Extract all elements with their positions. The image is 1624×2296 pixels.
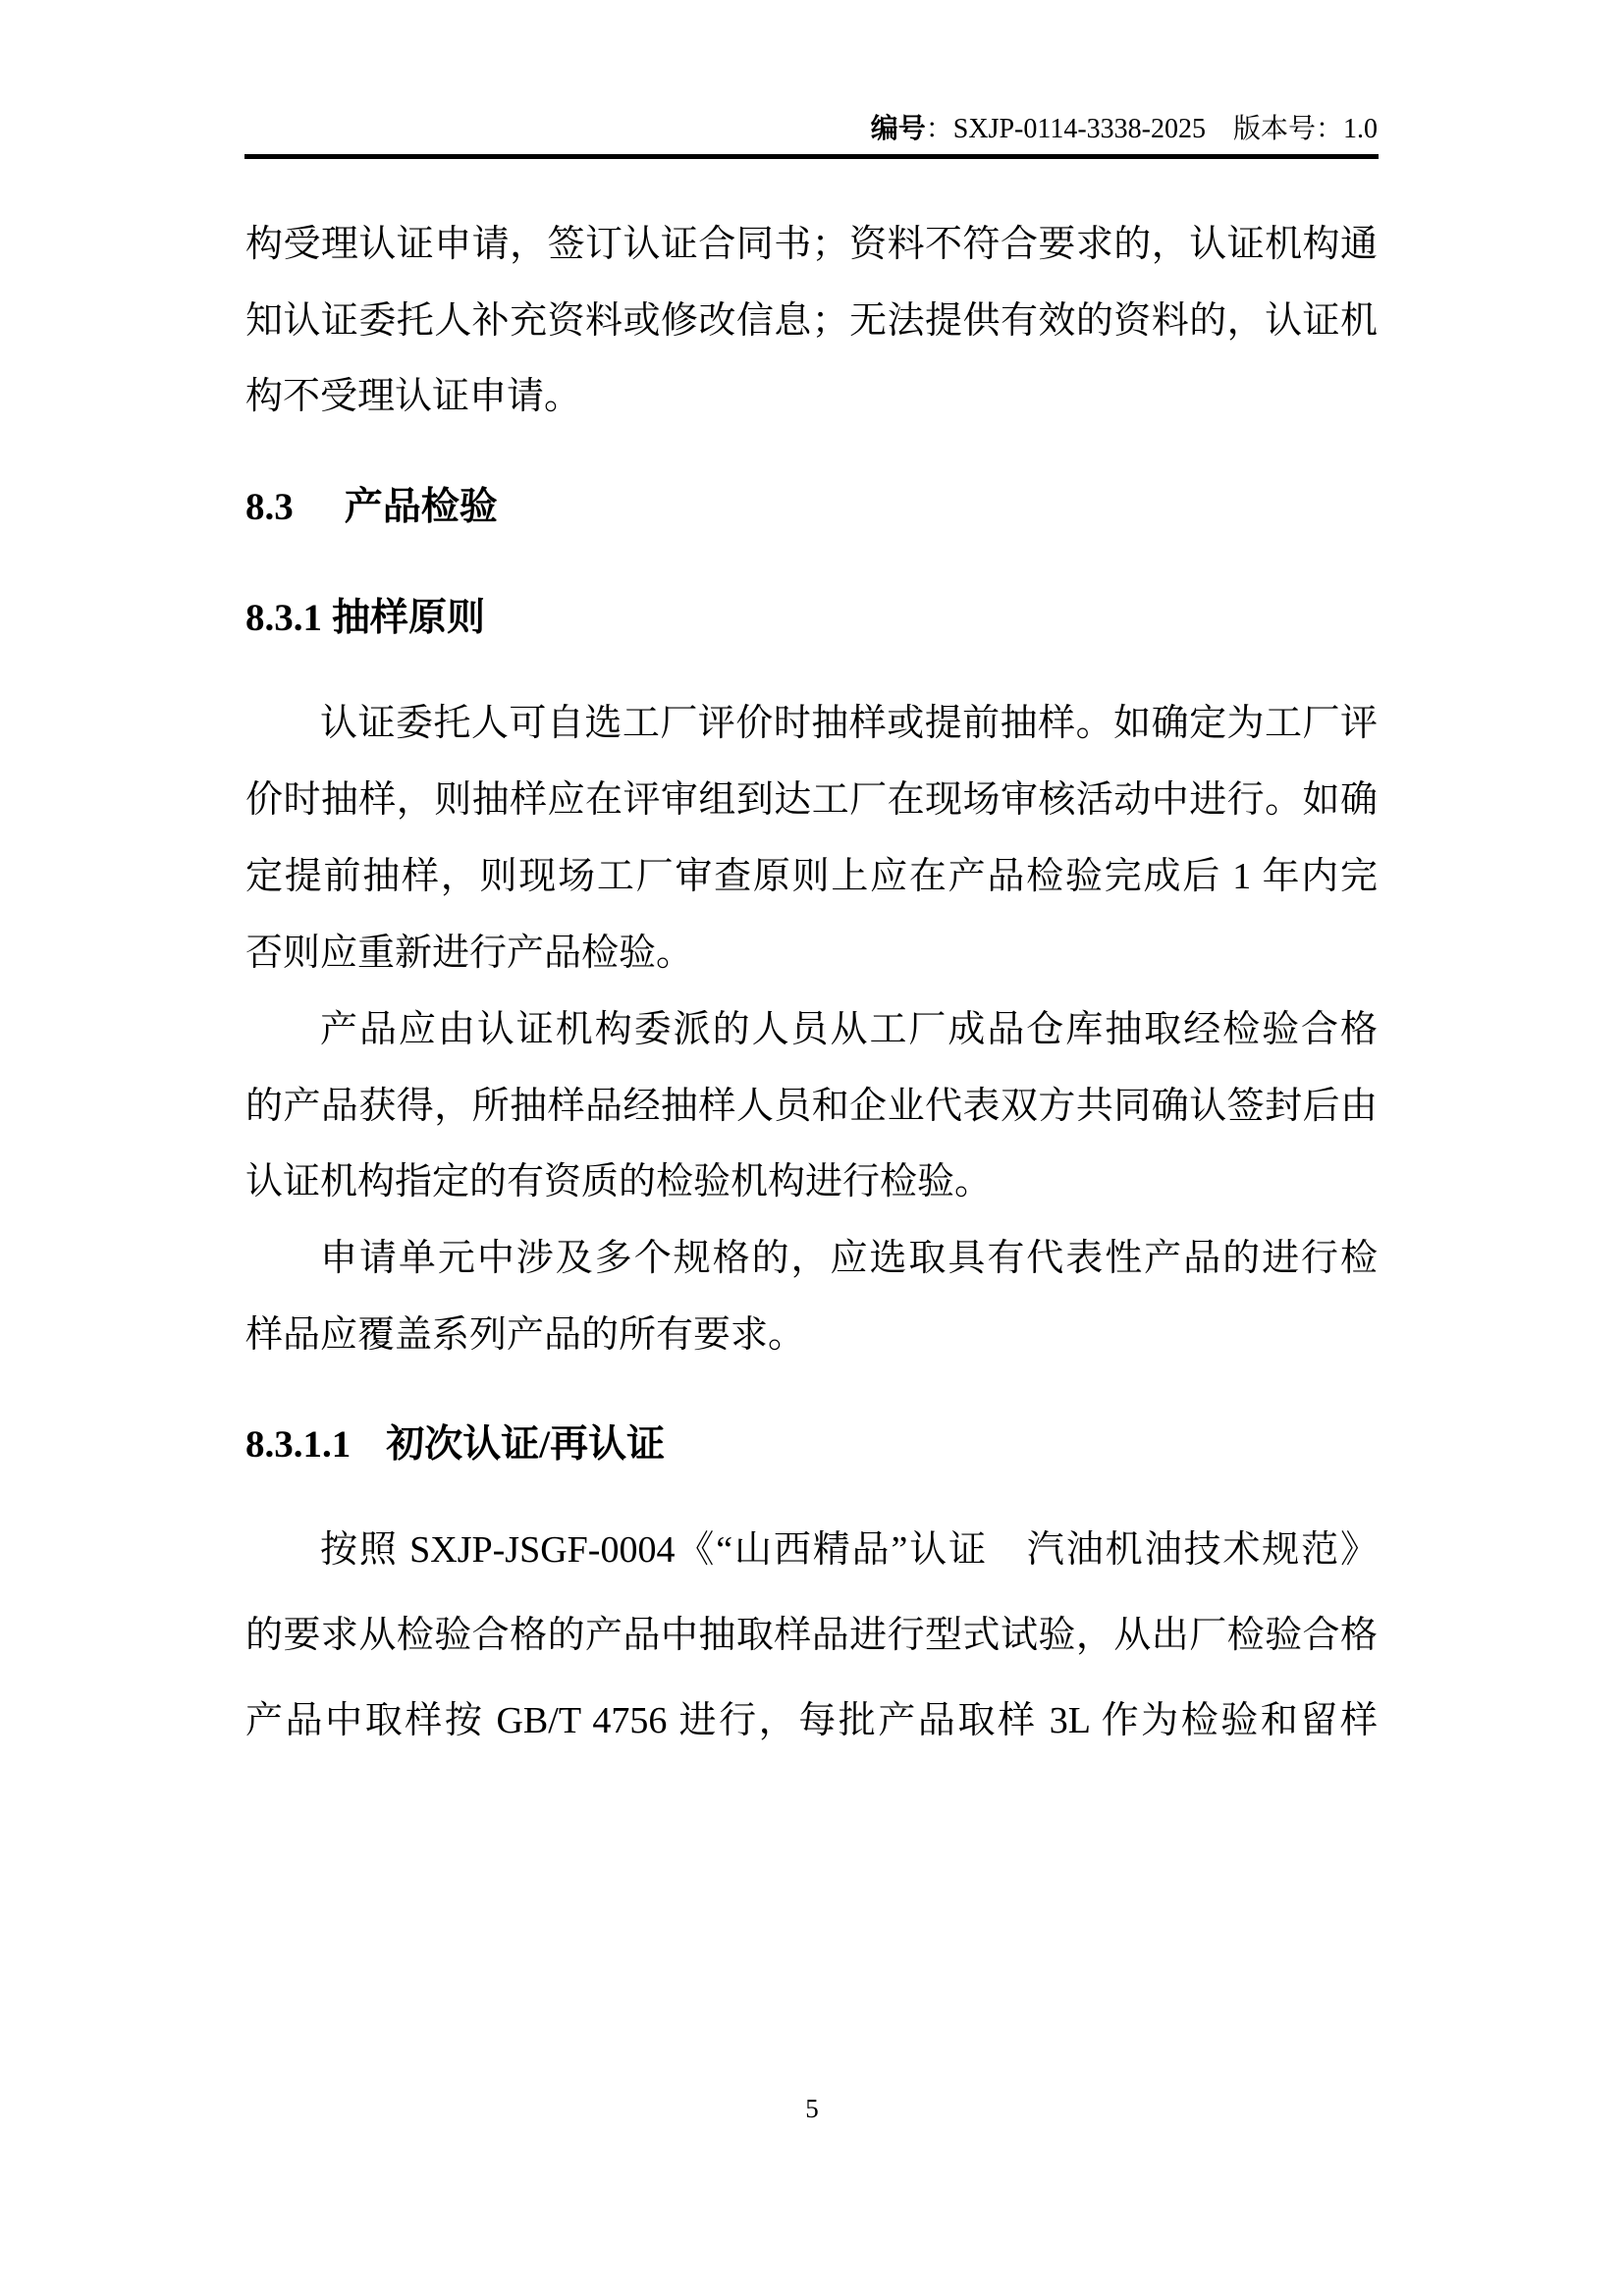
body-line: 认证委托人可自选工厂评价时抽样或提前抽样。如确定为工厂评 [245,685,1378,762]
heading-number: 8.3.1 [245,599,322,638]
paragraph-type-test-requirements: 按照 SXJP-JSGF-0004《“山西精品”认证 汽油机油技术规范》的要求从… [245,1508,1378,1764]
body-line: 的要求从检验合格的产品中抽取样品进行型式试验，从出厂检验合格 [245,1593,1378,1679]
heading-number: 8.3.1.1 [245,1425,351,1465]
body-line: 构不受理认证申请。 [245,359,1378,436]
body-line: 申请单元中涉及多个规格的，应选取具有代表性产品的进行检验， [245,1221,1378,1298]
heading-title: 产品检验 [345,488,498,527]
body-line: 构受理认证申请，签订认证合同书；资料不符合要求的，认证机构通 [245,207,1378,284]
doc-number-label: 编号 [871,114,926,144]
body-line: 按照 SXJP-JSGF-0004《“山西精品”认证 汽油机油技术规范》 [245,1508,1378,1593]
heading-8-3-1-1-initial-recertification: 8.3.1.1 初次认证/再认证 [245,1425,1378,1465]
header-rule [244,154,1379,159]
heading-number: 8.3 [245,488,294,527]
body-line: 的产品获得，所抽样品经抽样人员和企业代表双方共同确认签封后由 [245,1069,1378,1146]
body-line: 认证机构指定的有资质的检验机构进行检验。 [245,1145,1378,1221]
body-line: 样品应覆盖系列产品的所有要求。 [245,1298,1378,1374]
heading-title: 初次认证/再认证 [386,1425,665,1465]
body-line: 知认证委托人补充资料或修改信息；无法提供有效的资料的，认证机 [245,284,1378,360]
body-line: 产品应由认证机构委派的人员从工厂成品仓库抽取经检验合格 [245,992,1378,1069]
heading-8-3-1-sampling-principle: 8.3.1 抽样原则 [245,599,1378,638]
heading-8-3-product-inspection: 8.3 产品检验 [245,488,1378,527]
doc-number-and-version: ：SXJP-0114-3338-2025 版本号：1.0 [926,114,1378,144]
body-line: 定提前抽样，则现场工厂审查原则上应在产品检验完成后 1 年内完成， [245,838,1378,915]
body-line: 否则应重新进行产品检验。 [245,915,1378,991]
paragraph-sampling-timing: 认证委托人可自选工厂评价时抽样或提前抽样。如确定为工厂评价时抽样，则抽样应在评审… [245,685,1378,991]
document-page: 编号：SXJP-0114-3338-2025 版本号：1.0 构受理认证申请，签… [0,0,1624,2296]
paragraph-sampling-procedure: 产品应由认证机构委派的人员从工厂成品仓库抽取经检验合格的产品获得，所抽样品经抽样… [245,992,1378,1221]
body-line: 价时抽样，则抽样应在评审组到达工厂在现场审核活动中进行。如确 [245,762,1378,838]
paragraph-application-acceptance: 构受理认证申请，签订认证合同书；资料不符合要求的，认证机构通知认证委托人补充资料… [245,207,1378,436]
page-number: 5 [0,2095,1624,2122]
heading-title: 抽样原则 [332,599,485,638]
body-line: 产品中取样按 GB/T 4756 进行，每批产品取样 3L 作为检验和留样用。 [245,1679,1378,1764]
page-header: 编号：SXJP-0114-3338-2025 版本号：1.0 [245,110,1378,149]
paragraph-multi-spec-selection: 申请单元中涉及多个规格的，应选取具有代表性产品的进行检验，样品应覆盖系列产品的所… [245,1221,1378,1373]
